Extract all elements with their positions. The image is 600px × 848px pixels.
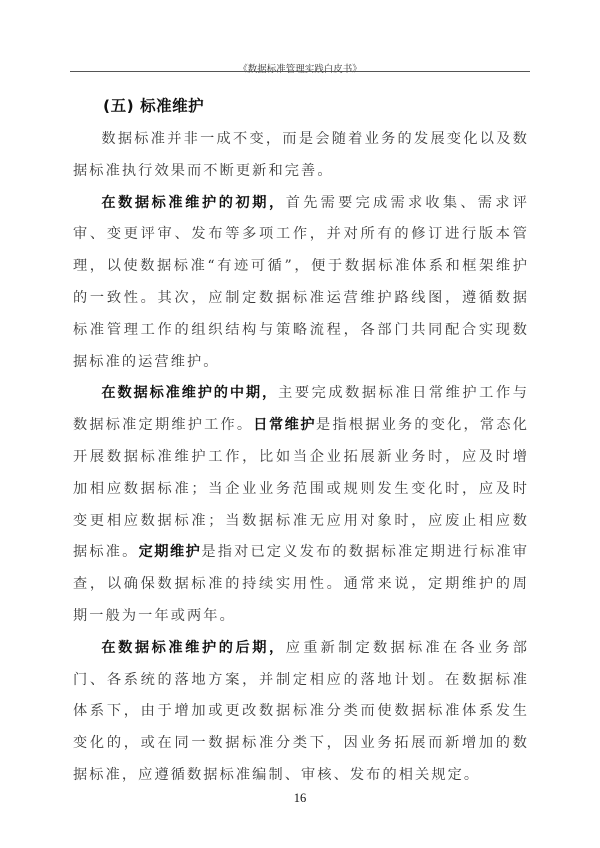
paragraph-text: 应重新制定数据标准在各业务部门、各系统的落地方案，并制定相应的落地计划。在数据标… <box>73 640 529 783</box>
header-divider <box>70 71 530 72</box>
bold-lead-early: 在数据标准维护的初期， <box>101 195 285 211</box>
paragraph-early-stage: 在数据标准维护的初期，首先需要完成需求收集、需求评审、变更评审、发布等多项工作，… <box>73 188 529 379</box>
bold-term-daily: 日常维护 <box>253 417 316 433</box>
section-title: (五) 标准维护 <box>103 94 204 116</box>
paragraph-mid-stage: 在数据标准维护的中期，主要完成数据标准日常维护工作与数据标准定期维护工作。日常维… <box>73 378 529 632</box>
body-text: 数据标准并非一成不变，而是会随着业务的发展变化以及数据标准执行效果而不断更新和完… <box>73 124 529 792</box>
paragraph-text: 数据标准并非一成不变，而是会随着业务的发展变化以及数据标准执行效果而不断更新和完… <box>73 131 529 179</box>
bold-term-periodic: 定期维护 <box>139 544 202 560</box>
paragraph-text: 是指根据业务的变化，常态化开展数据标准维护工作，比如当企业拓展新业务时，应及时增… <box>73 417 529 560</box>
paragraph-text: 首先需要完成需求收集、需求评审、变更评审、发布等多项工作，并对所有的修订进行版本… <box>73 195 529 370</box>
bold-lead-mid: 在数据标准维护的中期， <box>101 385 278 401</box>
bold-lead-late: 在数据标准维护的后期， <box>101 640 285 656</box>
paragraph-intro: 数据标准并非一成不变，而是会随着业务的发展变化以及数据标准执行效果而不断更新和完… <box>73 124 529 188</box>
paragraph-late-stage: 在数据标准维护的后期，应重新制定数据标准在各业务部门、各系统的落地方案，并制定相… <box>73 633 529 792</box>
page-number: 16 <box>0 791 600 806</box>
